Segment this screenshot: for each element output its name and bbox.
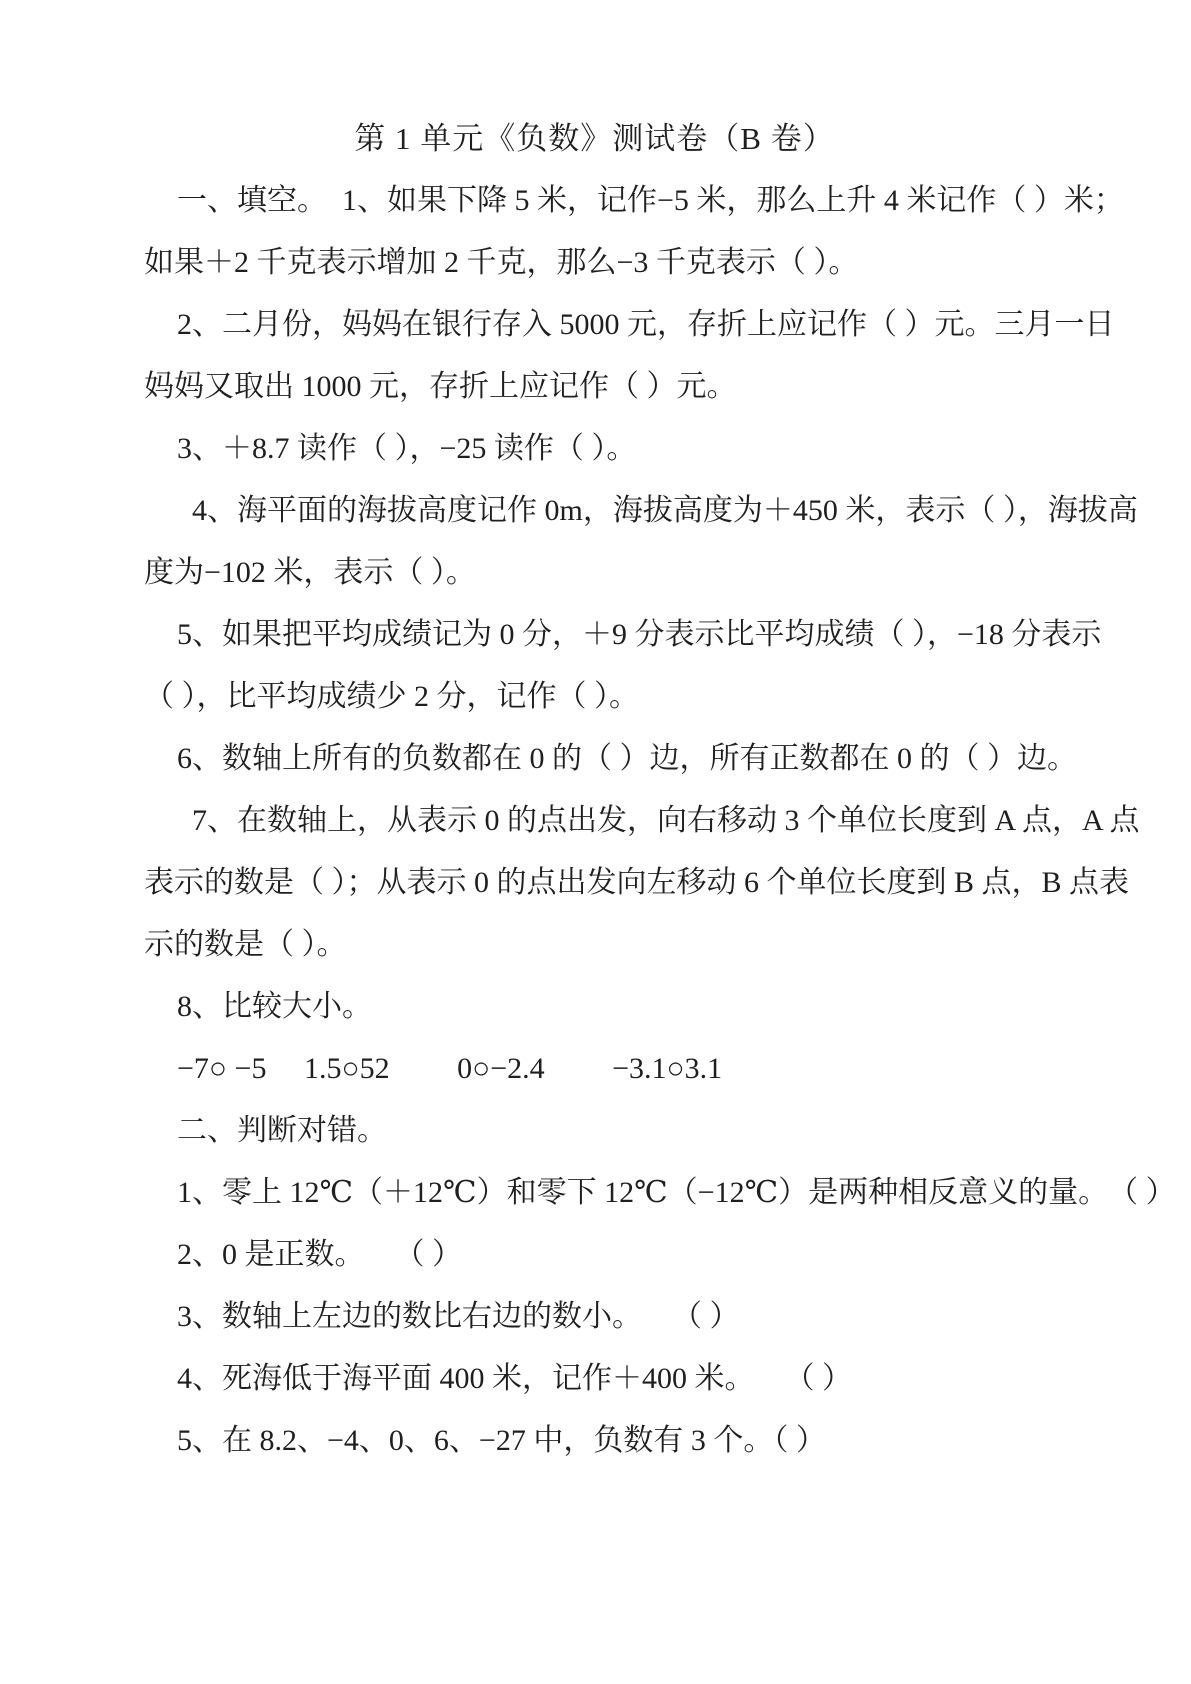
text-line-q8: 8、比较大小。 (144, 976, 1045, 1038)
text-line-q4: 4、海平面的海拔高度记作 0m，海拔高度为＋450 米，表示（ ），海拔高 (144, 480, 1045, 542)
text-line-judge3: 3、数轴上左边的数比右边的数小。 （ ） (144, 1286, 1045, 1348)
text-line-q3: 3、＋8.7 读作（ ），−25 读作（ ）。 (144, 418, 1045, 480)
text-line-q5-cont: （ ），比平均成绩少 2 分，记作（ ）。 (144, 666, 1045, 728)
text-line-section1-q1: 一、填空。 1、如果下降 5 米，记作−5 米，那么上升 4 米记作（ ）米； (144, 170, 1045, 232)
text-line-judge4: 4、死海低于海平面 400 米，记作＋400 米。 （ ） (144, 1348, 1045, 1410)
document-page: 第 1 单元《负数》测试卷（B 卷） 一、填空。 1、如果下降 5 米，记作−5… (0, 0, 1191, 1684)
text-line-q2-cont: 妈妈又取出 1000 元，存折上应记作（ ）元。 (144, 356, 1045, 418)
document-content: 第 1 单元《负数》测试卷（B 卷） 一、填空。 1、如果下降 5 米，记作−5… (0, 0, 1191, 1472)
text-line-section2: 二、判断对错。 (144, 1100, 1045, 1162)
text-line-q7-cont2: 示的数是（ ）。 (144, 914, 1045, 976)
text-line-judge5: 5、在 8.2、−4、0、6、−27 中，负数有 3 个。（ ） (144, 1410, 1045, 1472)
text-line-judge1: 1、零上 12℃（＋12℃）和零下 12℃（−12℃）是两种相反意义的量。 （ … (144, 1162, 1045, 1224)
text-line-q2: 2、二月份，妈妈在银行存入 5000 元，存折上应记作（ ）元。三月一日 (144, 294, 1045, 356)
text-line-q5: 5、如果把平均成绩记为 0 分，＋9 分表示比平均成绩（ ），−18 分表示 (144, 604, 1045, 666)
text-line-q7: 7、在数轴上，从表示 0 的点出发，向右移动 3 个单位长度到 A 点，A 点 (144, 790, 1045, 852)
text-line-q6: 6、数轴上所有的负数都在 0 的（ ）边，所有正数都在 0 的（ ）边。 (144, 728, 1045, 790)
text-line-q7-cont1: 表示的数是（ ）；从表示 0 的点出发向左移动 6 个单位长度到 B 点，B 点… (144, 852, 1045, 914)
text-line-q8-compare: −7○ −5 1.5○52 0○−2.4 −3.1○3.1 (144, 1038, 1045, 1100)
text-line-judge2: 2、0 是正数。 （ ） (144, 1224, 1045, 1286)
text-line-q1-cont: 如果＋2 千克表示增加 2 千克，那么−3 千克表示（ ）。 (144, 232, 1045, 294)
text-line-q4-cont: 度为−102 米，表示（ ）。 (144, 542, 1045, 604)
page-title: 第 1 单元《负数》测试卷（B 卷） (144, 108, 1045, 170)
